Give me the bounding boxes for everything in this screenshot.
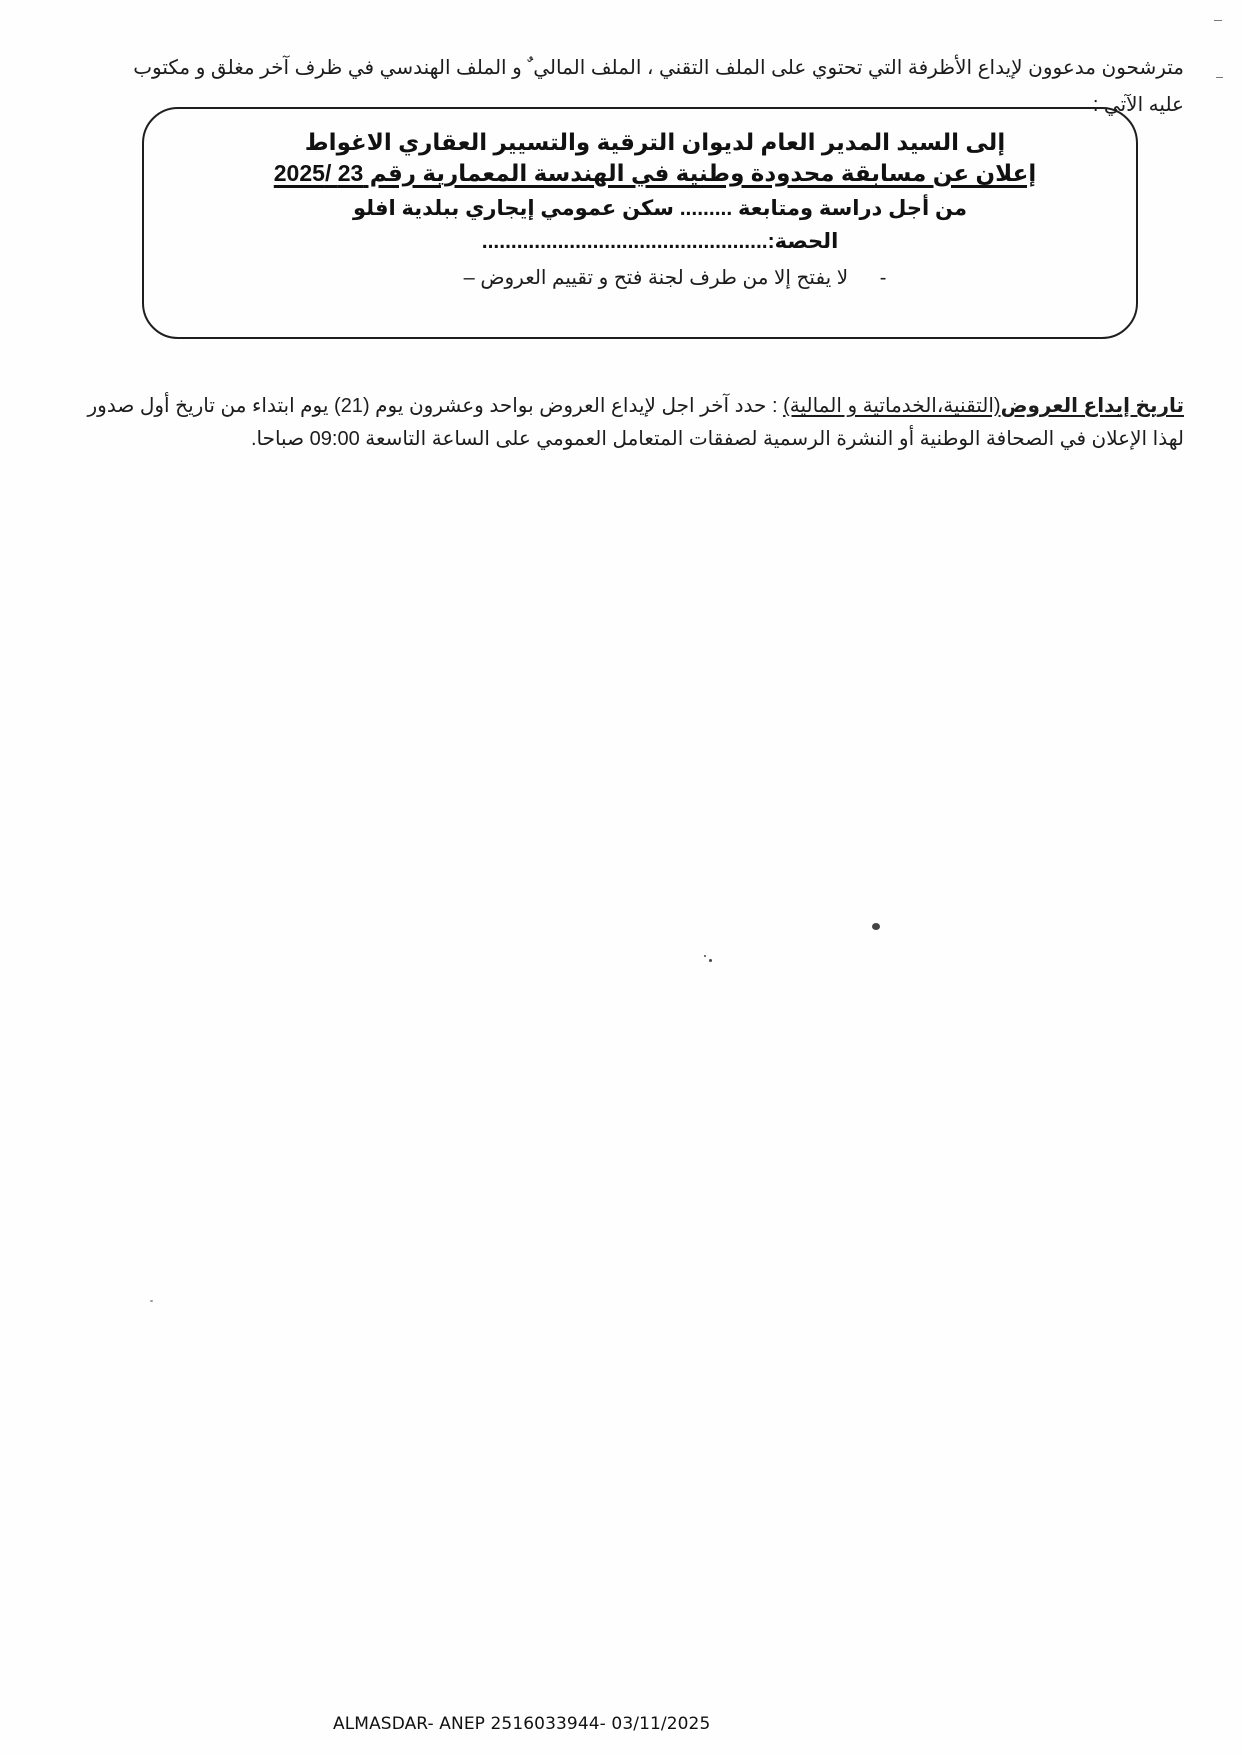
- opening-note-text: لا يفتح إلا من طرف لجنة فتح و تقييم العر…: [464, 267, 848, 289]
- document-page: مترشحون مدعوون لإيداع الأظرفة التي تحتوي…: [0, 0, 1242, 1755]
- envelope-address-content: إلى السيد المدير العام لديوان الترقية وا…: [144, 127, 1136, 293]
- announcement-line: إعلان عن مسابقة محدودة وطنية في الهندسة …: [144, 158, 1166, 189]
- scan-mark: [1216, 77, 1223, 78]
- deadline-label-sub: (التقنية،الخدماتية و المالية): [783, 395, 1001, 417]
- bullet-dash: -: [880, 267, 887, 289]
- publication-reference: ALMASDAR- ANEP 2516033944- 03/11/2025: [333, 1714, 710, 1734]
- recipient-line: إلى السيد المدير العام لديوان الترقية وا…: [144, 127, 1166, 158]
- scan-mark: [1214, 20, 1222, 21]
- deadline-paragraph: تاريخ إيداع العروض(التقنية،الخدماتية و ا…: [84, 390, 1184, 456]
- opening-note: - لا يفتح إلا من طرف لجنة فتح و تقييم ال…: [144, 263, 1206, 293]
- deadline-separator: :: [766, 395, 783, 417]
- scan-speck: [150, 1300, 153, 1302]
- envelope-address-box: إلى السيد المدير العام لديوان الترقية وا…: [142, 107, 1138, 339]
- announcement-text: إعلان عن مسابقة محدودة وطنية في الهندسة …: [274, 160, 1036, 186]
- scan-speck: [872, 923, 880, 930]
- lot-line: الحصة:..................................…: [144, 226, 1176, 257]
- deadline-label: تاريخ إيداع العروض: [1001, 395, 1184, 417]
- scan-speck: [709, 959, 712, 962]
- project-line: من أجل دراسة ومتابعة ......... سكن عمومي…: [144, 193, 1176, 224]
- scan-speck: [704, 955, 706, 957]
